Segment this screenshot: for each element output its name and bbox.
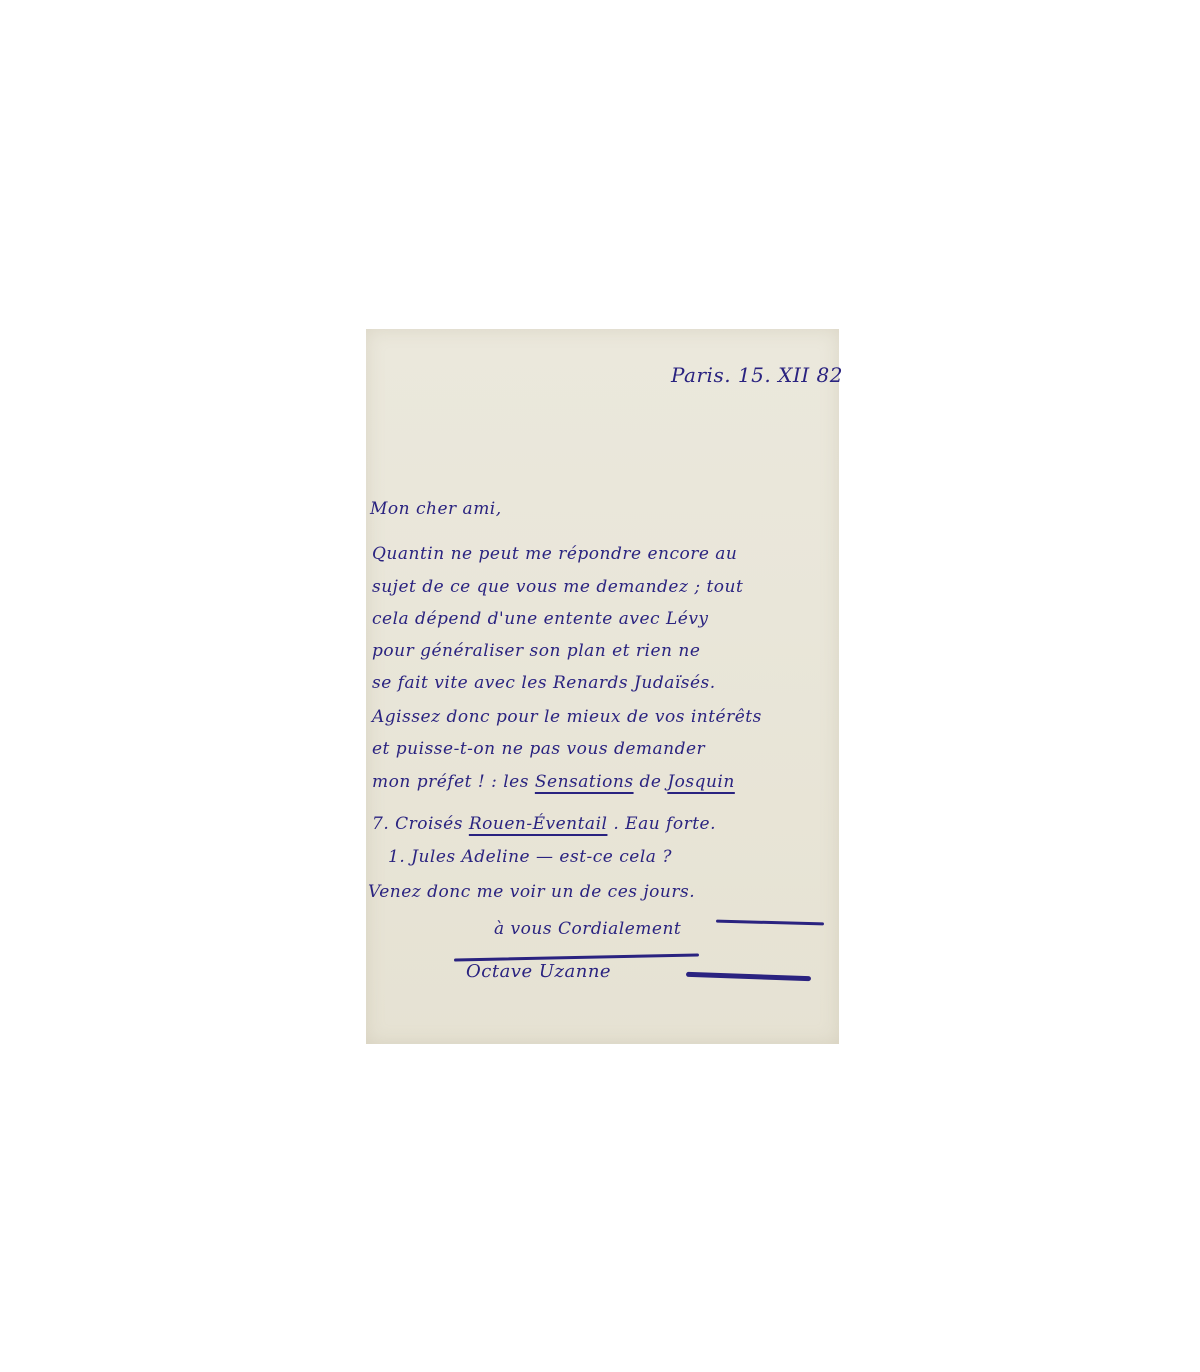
letter-paper: Paris. 15. XII 82 Mon cher ami, Quantin … [366, 329, 839, 1044]
letter-signature: Octave Uzanne [466, 961, 611, 982]
underlined-word: Rouen-Éventail [469, 814, 608, 834]
signature-underline-flourish [686, 972, 811, 981]
closing-flourish [716, 920, 824, 926]
letter-line: 1. Jules Adeline — est-ce cela ? [388, 847, 672, 867]
letter-line-with-underline: mon préfet ! : les Sensations de Josquin [372, 772, 735, 792]
letter-line: et puisse-t-on ne pas vous demander [372, 739, 705, 759]
letter-line: Agissez donc pour le mieux de vos intérê… [372, 707, 762, 727]
underlined-word: Sensations [535, 772, 634, 792]
letter-line: pour généraliser son plan et rien ne [372, 641, 700, 661]
letter-line: Venez donc me voir un de ces jours. [368, 882, 695, 902]
letter-line-with-underline: 7. Croisés Rouen-Éventail . Eau forte. [372, 814, 716, 834]
letter-line: Quantin ne peut me répondre encore au [372, 544, 737, 564]
letter-line: se fait vite avec les Renards Judaïsés. [372, 673, 716, 693]
letter-date: Paris. 15. XII 82 [671, 363, 843, 387]
letter-line: cela dépend d'une entente avec Lévy [372, 609, 709, 629]
letter-line: sujet de ce que vous me demandez ; tout [372, 577, 743, 597]
letter-salutation: Mon cher ami, [370, 499, 502, 519]
underlined-word: Josquin [667, 772, 735, 792]
letter-closing: à vous Cordialement [494, 919, 681, 939]
